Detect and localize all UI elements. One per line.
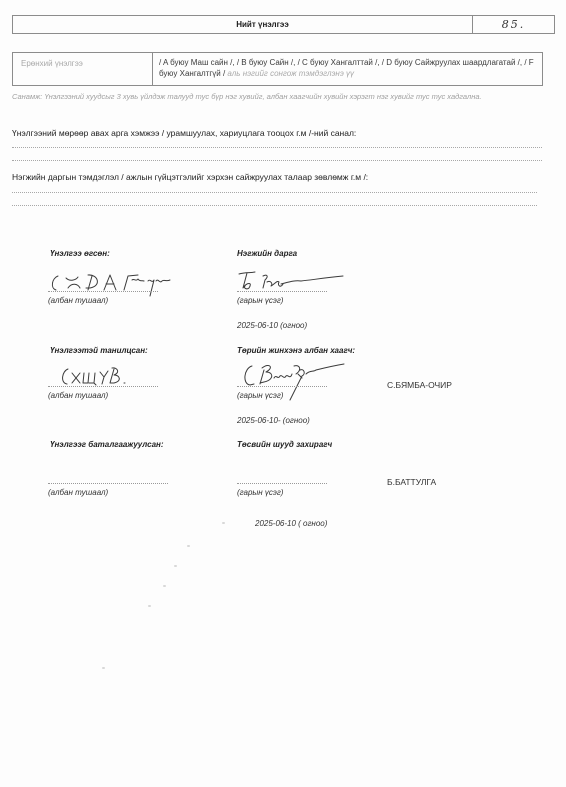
civil-servant-signature xyxy=(240,360,360,415)
civil-servant-heading: Төрийн жинхэнэ албан хаагч: xyxy=(237,346,355,355)
measures-answer-line-2 xyxy=(12,160,542,161)
total-assessment-label: Нийт үнэлгээ xyxy=(13,16,473,33)
measures-question: Үнэлгээний мөрөөр авах арга хэмжээ / ура… xyxy=(12,128,356,138)
evaluator-position-caption: (албан тушаал) xyxy=(48,296,108,305)
scan-speck xyxy=(148,605,151,607)
evaluated-by-heading: Үнэлгээ өгсөн: xyxy=(50,249,110,258)
scan-speck xyxy=(163,585,166,587)
verified-position-caption: (албан тушаал) xyxy=(48,488,108,497)
unit-head-signature-caption: (гарын үсэг) xyxy=(237,296,283,305)
acknowledged-signature xyxy=(58,365,138,394)
scan-speck xyxy=(187,545,190,547)
budget-manager-name: Б.БАТТУЛГА xyxy=(387,477,436,487)
civil-servant-signature-caption: (гарын үсэг) xyxy=(237,391,283,400)
civil-servant-signature-line xyxy=(237,386,327,387)
verified-heading: Үнэлгээг баталгаажуулсан: xyxy=(50,440,164,449)
scan-speck xyxy=(222,522,225,524)
total-assessment-table: Нийт үнэлгээ 85. xyxy=(12,15,555,34)
civil-servant-name: С.БЯМБА-ОЧИР xyxy=(387,380,452,390)
evaluator-signature-line xyxy=(48,291,158,292)
grade-option-b: / B буюу Сайн /, xyxy=(237,58,296,67)
general-assessment-options: / A буюу Маш сайн /, / B буюу Сайн /, / … xyxy=(153,53,542,85)
budget-manager-heading: Төсвийн шууд захирагч xyxy=(237,440,332,449)
grade-option-c: / C буюу Хангалттай /, xyxy=(298,58,380,67)
general-assessment-label: Ерөнхий үнэлгээ xyxy=(13,53,153,85)
budget-manager-signature-line xyxy=(237,483,327,484)
budget-manager-date: 2025-06-10 ( огноо) xyxy=(255,519,327,528)
total-score-value: 85. xyxy=(473,16,554,33)
verified-signature-line xyxy=(48,483,168,484)
budget-manager-signature-caption: (гарын үсэг) xyxy=(237,488,283,497)
unit-head-date: 2025-06-10 (огноо) xyxy=(237,321,307,330)
acknowledged-signature-line xyxy=(48,386,158,387)
grade-option-a: / A буюу Маш сайн /, xyxy=(159,58,235,67)
recommendation-answer-line-1 xyxy=(12,192,537,193)
scan-speck xyxy=(102,667,105,669)
civil-servant-date: 2025-06-10- (огноо) xyxy=(237,416,310,425)
grade-option-d: / D буюу Сайжруулах шаардлагатай /, xyxy=(382,58,522,67)
recommendation-answer-line-2 xyxy=(12,205,537,206)
acknowledged-position-caption: (албан тушаал) xyxy=(48,391,108,400)
measures-answer-line-1 xyxy=(12,147,542,148)
grade-selection-hint: аль нэгийг сонгож тэмдэглэнэ үү xyxy=(227,69,354,78)
recommendation-question: Нэгжийн даргын тэмдэглэл / ажлын гүйцэтг… xyxy=(12,172,368,182)
acknowledged-heading: Үнэлгээтэй танилцсан: xyxy=(50,346,148,355)
civil-servant-signature-icon xyxy=(240,360,360,410)
scan-speck xyxy=(174,565,177,567)
unit-head-signature-line xyxy=(237,291,327,292)
general-assessment-table: Ерөнхий үнэлгээ / A буюу Маш сайн /, / B… xyxy=(12,52,543,86)
note-text: Санамж: Үнэлгээний хуудсыг 3 хувь үйлдэж… xyxy=(12,92,542,102)
unit-head-heading: Нэгжийн дарга xyxy=(237,249,297,258)
